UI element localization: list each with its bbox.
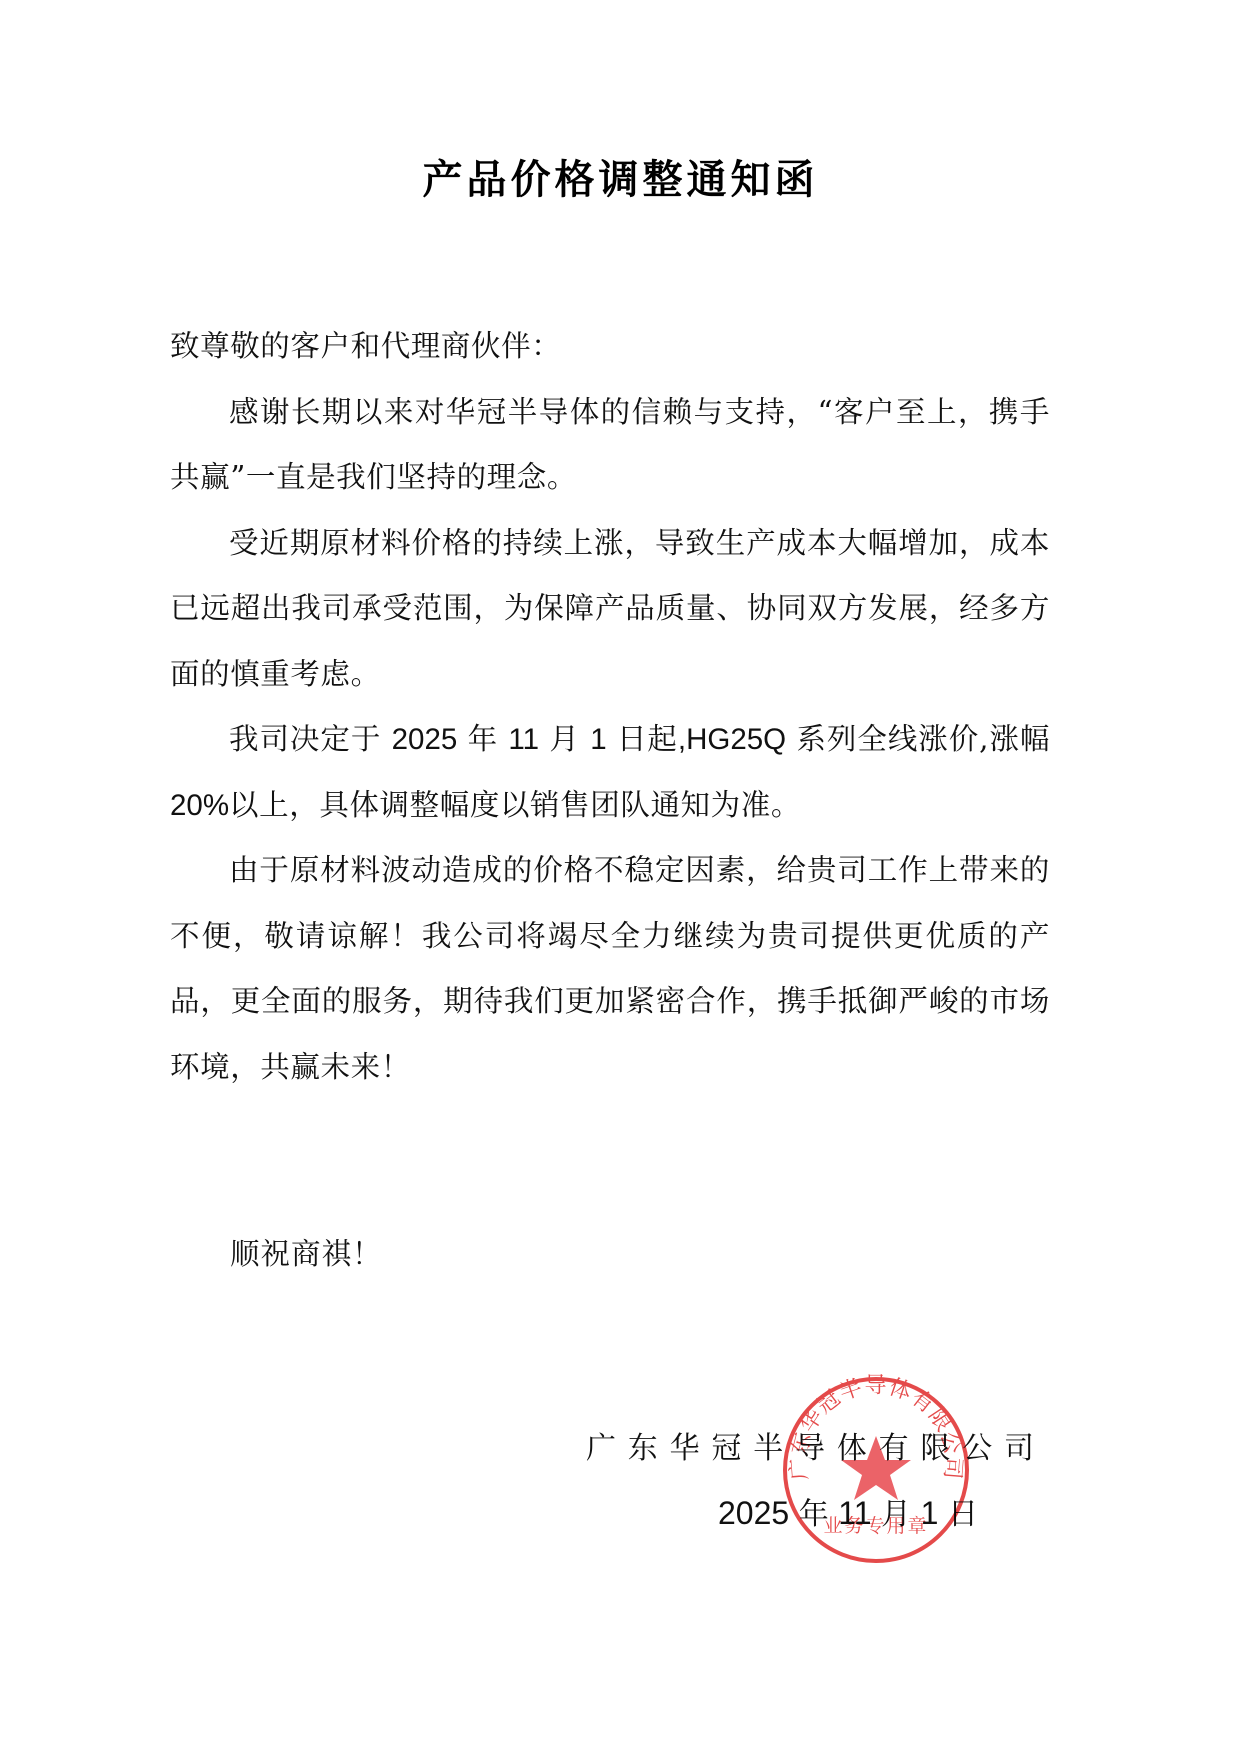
date-year: 2025 [718,1495,789,1531]
paragraph-apology: 由于原材料波动造成的价格不稳定因素，给贵司工作上带来的不便，敬请谅解！我公司将竭… [170,838,1050,1100]
salutation: 致尊敬的客户和代理商伙伴： [170,314,1050,380]
text-fragment: 以上，具体调整幅度以销售团队通知为准。 [229,788,801,822]
product-series: ,HG25Q [678,723,786,756]
effective-day: 1 [590,723,606,756]
text-fragment: 日起 [617,722,678,756]
effective-year: 2025 [392,723,458,756]
increase-percent: 20% [170,789,229,822]
letter-body: 致尊敬的客户和代理商伙伴： 感谢长期以来对华冠半导体的信赖与支持，“客户至上，携… [170,314,1050,1100]
effective-month: 11 [508,723,539,756]
closing-greeting: 顺祝商祺！ [230,1234,383,1274]
text-fragment: 系列全线涨价,涨幅 [796,722,1050,756]
text-fragment: 年 [468,722,498,756]
seal-bottom-text: 业务专用章 [823,1515,928,1537]
company-seal-icon: 广东华冠半导体有限公司 业务专用章 [780,1374,972,1566]
document-page: 产品价格调整通知函 致尊敬的客户和代理商伙伴： 感谢长期以来对华冠半导体的信赖与… [0,0,1241,1754]
paragraph-cost-reason: 受近期原材料价格的持续上涨，导致生产成本大幅增加，成本已远超出我司承受范围，为保… [170,511,1050,708]
paragraph-price-increase: 我司决定于 2025 年 11 月 1 日起,HG25Q 系列全线涨价,涨幅 2… [170,707,1050,838]
star-icon [841,1436,911,1500]
text-fragment: 我司决定于 [229,722,381,756]
document-title: 产品价格调整通知函 [0,152,1241,208]
text-fragment: 月 [549,722,579,756]
paragraph-gratitude: 感谢长期以来对华冠半导体的信赖与支持，“客户至上，携手共赢”一直是我们坚持的理念… [170,380,1050,511]
